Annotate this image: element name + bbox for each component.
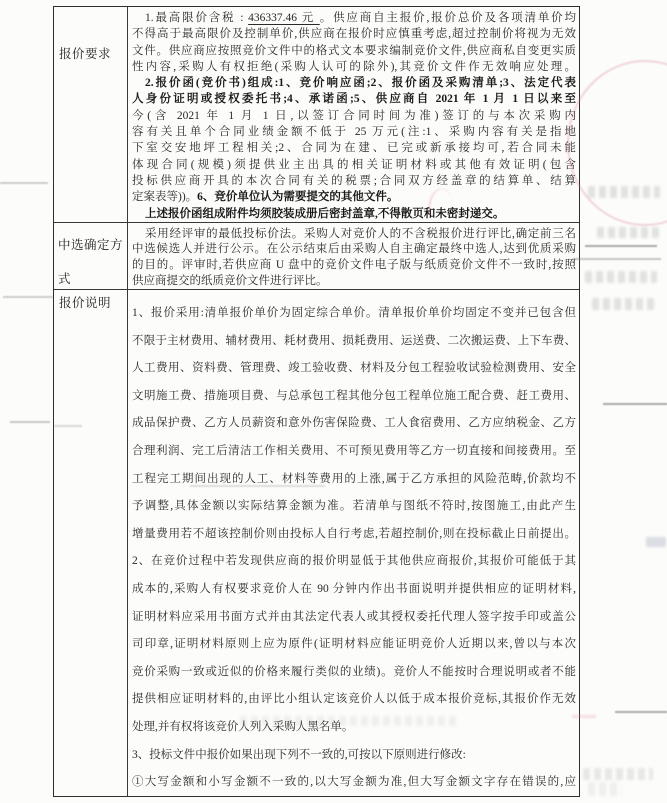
scan-artifact [585, 245, 657, 247]
row-header-quotation-notes: 报价说明 [54, 290, 128, 796]
scan-artifact [588, 782, 622, 796]
text-line: 中选候选人并进行公示。在公示结束后由采购人自主确定最终中选人,达到优质采购 [132, 242, 576, 258]
text-line: 3、投标文件中报价如果出现下列不一致的,可按以下原则进行修改: [132, 742, 576, 770]
text-segment: 提供相应证明材料的,由评比小组认定该竞价人以低于成本报价竞标,其报价作无效 [132, 693, 576, 705]
scan-artifact [0, 182, 48, 184]
red-seal-mark [572, 715, 596, 718]
scan-artifact [10, 421, 50, 423]
text-segment: 1.最高限价含税 : [145, 12, 248, 24]
text-line: 不得高于最高限价及控制单价,供应商在报价时应慎重考虑,超过控制价将视为无效 [132, 26, 576, 42]
text-segment: 成品保护费、乙方人员薪资和意外伤害保险费、工人食宿费用、乙方应纳税金、乙方 [132, 417, 576, 429]
text-segment: 的目的。评审时,若供应商 U 盘中的竞价文件电子版与纸质竞价文件不一致时,按照 [132, 259, 576, 271]
scan-artifact [240, 716, 460, 726]
text-segment: 中选候选人并进行公示。在公示结束后由采购人自主确定最终中选人,达到优质采购 [132, 243, 576, 255]
text-line: 1、报价采用:清单报价单价为固定综合单价。清单报价单价均固定不变并已包含但 [132, 300, 576, 328]
text-segment: 人身份证明或授权委托书;4、承诺函;5、供应商自 2021 年 1 月 1 日以… [132, 93, 576, 105]
text-line: 性内容,采购人有权拒绝(采购人认可的除外),其竞价文件作无效响应处理。 [132, 59, 576, 75]
scan-artifact [603, 403, 667, 405]
text-line: 司印章,证明材料原则上应为原件(证明材料应能证明竞价人近期以来,曾以与本次 [132, 631, 576, 659]
text-line: 人身份证明或授权委托书;4、承诺函;5、供应商自 2021 年 1 月 1 日以… [132, 91, 576, 107]
text-segment: 投标供应商开具的本次合同有关的税票;合同双方经盖章的结算单、结算 [132, 175, 576, 187]
text-segment: 不限于主材费用、辅材费用、耗材费用、损耗费用、运送费、二次搬运费、上下车费、 [132, 335, 576, 347]
text-segment: 1、报价采用:清单报价单价为固定综合单价。清单报价单价均固定不变并已包含但 [132, 307, 576, 319]
cell-selection-method-content: 采用经评审的最低投标价法。采购人对竞价人的不含税报价进行评比,确定前三名中选候选… [128, 223, 579, 290]
text-segment: 供应商提交的纸质竞价文件进行评比。 [132, 275, 328, 287]
text-segment: 证明材料应采用书面方式并由其法定代表人或其授权委托代理人签字按手印或盖公 [132, 611, 576, 623]
scan-artifact [615, 711, 667, 713]
text-segment: 不得高于最高限价及控制单价,供应商在报价时应慎重考虑,超过控制价将视为无效 [132, 28, 576, 40]
text-segment: 增量费用若不超该控制价则由投标人自行考虑,若超控制价,则在投标截止日前提出。 [132, 528, 576, 540]
text-segment: 2、在竞价过程中若发现供应商的报价明显低于其他供应商报价,其报价可能低于其 [132, 555, 576, 567]
text-segment: 2.报价函(竞价书)组成:1、竞价响应函;2、报价函及采购清单;3、法定代表 [145, 77, 576, 89]
row-header-text: 报价要求 [59, 47, 124, 62]
text-segment: 性内容,采购人有权拒绝(采购人认可的除外),其竞价文件作无效响应处理。 [132, 61, 576, 73]
cell-quotation-requirements-content: 1.最高限价含税 : 436337.46 元 。供应商自主报价,报价总价及各项清… [128, 7, 579, 223]
scan-artifact [588, 186, 660, 198]
scan-artifact [592, 298, 654, 310]
text-line: 的目的。评审时,若供应商 U 盘中的竞价文件电子版与纸质竞价文件不一致时,按照 [132, 258, 576, 274]
text-line: 人工费用、资料费、管理费、竣工验收费、材料及分包工程验收试验检测费用、安全 [132, 355, 576, 383]
text-segment: 竞价采购一致或近似的价格来履行类似的业绩)。竞价人不能按时合理说明或者不能 [132, 666, 576, 678]
text-line: 定案表等))。6、竞价单位认为需要提交的其他文件。 [132, 189, 576, 205]
text-line: 容有关且单个合同业绩金额不低于 25 万元(注:1、采购内容有关是指地 [132, 124, 576, 140]
scan-artifact [583, 768, 653, 780]
text-line: 下室交安地坪工程相关;2、合同为在建、已完或新承接均可,若合同未能 [132, 140, 576, 156]
row-header-text: 中选确定方 [58, 228, 124, 262]
text-line: 文明施工费、措施项目费、与总承包工程其他分包工程单位施工配合费、赶工费用、 [132, 383, 576, 411]
text-segment: 下室交安地坪工程相关;2、合同为在建、已完或新承接均可,若合同未能 [132, 142, 576, 154]
text-segment: 体现合同(规模)须提供业主出具的相关证明材料或其他有效证明(包含 [132, 159, 576, 171]
text-segment: 。供应商自主报价,报价总价及各项清单价均 [320, 12, 576, 24]
text-segment: 6、竞价单位认为需要提交的其他文件。 [197, 191, 398, 203]
max-price-amount-underlined: 436337.46 元 [248, 12, 320, 24]
scan-artifact [573, 258, 661, 260]
text-line: 工程完工期间出现的人工、材料等费用的上涨,属于乙方承担的风险范畴,价款均不 [132, 466, 576, 494]
text-segment: 予调整,具体金额以实际结算金额为准。若清单与图纸不符时,按图施工,由此产生 [132, 500, 576, 512]
scan-artifact [597, 227, 659, 238]
text-segment: 文明施工费、措施项目费、与总承包工程其他分包工程单位施工配合费、赶工费用、 [132, 390, 576, 402]
text-segment: 人工费用、资料费、管理费、竣工验收费、材料及分包工程验收试验检测费用、安全 [132, 362, 576, 374]
text-line: 增量费用若不超该控制价则由投标人自行考虑,若超控制价,则在投标截止日前提出。 [132, 521, 576, 549]
text-segment: 成本的,采购人有权要求竞价人在 90 分钟内作出书面说明并提供相应的证明材料, [132, 583, 576, 595]
text-segment: 司印章,证明材料原则上应为原件(证明材料应能证明竞价人近期以来,曾以与本次 [132, 638, 576, 650]
quotation-terms-table: 报价要求 1.最高限价含税 : 436337.46 元 。供应商自主报价,报价总… [53, 6, 580, 797]
scan-artifact [646, 537, 666, 547]
row-header-selection-method: 中选确定方式 [54, 223, 128, 290]
text-line: 成本的,采购人有权要求竞价人在 90 分钟内作出书面说明并提供相应的证明材料, [132, 576, 576, 604]
text-line: 采用经评审的最低投标价法。采购人对竞价人的不含税报价进行评比,确定前三名 [132, 227, 576, 243]
text-segment: 合理利润、完工后清洁工作相关费用、不可预见费用等乙方一切直接和间接费用。至 [132, 445, 576, 457]
text-line: 不限于主材费用、辅材费用、耗材费用、损耗费用、运送费、二次搬运费、上下车费、 [132, 328, 576, 356]
row-header-text: 报价说明 [59, 296, 124, 311]
text-segment: 上述报价函组成附件均须胶装成册后密封盖章,不得散页和未密封递交。 [145, 208, 504, 220]
text-segment: 今(含 2021 年 1 月 1 日,以签订合同时间为准)签订的与本次采购内 [132, 110, 576, 122]
text-segment: 文件。供应商应按照竞价文件中的格式文本要求编制竞价文件,供应商私自变更实质 [132, 45, 576, 57]
text-segment: 采用经评审的最低投标价法。采购人对竞价人的不含税报价进行评比,确定前三名 [145, 228, 576, 240]
text-segment: 3、投标文件中报价如果出现下列不一致的,可按以下原则进行修改: [132, 749, 466, 761]
text-segment: 定案表等))。 [132, 191, 197, 203]
text-line: 体现合同(规模)须提供业主出具的相关证明材料或其他有效证明(包含 [132, 157, 576, 173]
text-line: 竞价采购一致或近似的价格来履行类似的业绩)。竞价人不能按时合理说明或者不能 [132, 659, 576, 687]
text-line: 1.最高限价含税 : 436337.46 元 。供应商自主报价,报价总价及各项清… [132, 10, 576, 26]
scan-artifact [190, 485, 325, 487]
text-line: 提供相应证明材料的,由评比小组认定该竞价人以低于成本报价竞标,其报价作无效 [132, 686, 576, 714]
text-segment: 容有关且单个合同业绩金额不低于 25 万元(注:1、采购内容有关是指地 [132, 126, 576, 138]
row-header-text: 式 [58, 262, 124, 290]
text-segment: 工程完工期间出现的人工、材料等费用的上涨,属于乙方承担的风险范畴,价款均不 [132, 473, 576, 485]
text-line: 投标供应商开具的本次合同有关的税票;合同双方经盖章的结算单、结算 [132, 173, 576, 189]
text-line: 文件。供应商应按照竞价文件中的格式文本要求编制竞价文件,供应商私自变更实质 [132, 43, 576, 59]
scan-artifact [3, 296, 53, 298]
row-header-quotation-requirements: 报价要求 [54, 7, 128, 223]
scanned-document-page: 报价要求 1.最高限价含税 : 436337.46 元 。供应商自主报价,报价总… [0, 0, 667, 803]
text-line: 合理利润、完工后清洁工作相关费用、不可预见费用等乙方一切直接和间接费用。至 [132, 438, 576, 466]
text-line: 成品保护费、乙方人员薪资和意外伤害保险费、工人食宿费用、乙方应纳税金、乙方 [132, 410, 576, 438]
scan-artifact [54, 425, 82, 427]
text-line: 2、在竞价过程中若发现供应商的报价明显低于其他供应商报价,其报价可能低于其 [132, 548, 576, 576]
text-line: ①大写金额和小写金额不一致的,以大写金额为准,但大写金额文字存在错误的,应 [132, 769, 576, 796]
text-line: 2.报价函(竞价书)组成:1、竞价响应函;2、报价函及采购清单;3、法定代表 [132, 75, 576, 91]
text-line: 今(含 2021 年 1 月 1 日,以签订合同时间为准)签订的与本次采购内 [132, 108, 576, 124]
scan-artifact [585, 271, 657, 283]
text-line: 供应商提交的纸质竞价文件进行评比。 [132, 274, 576, 290]
text-segment: ①大写金额和小写金额不一致的,以大写金额为准,但大写金额文字存在错误的,应 [132, 776, 576, 788]
text-line: 证明材料应采用书面方式并由其法定代表人或其授权委托代理人签字按手印或盖公 [132, 604, 576, 632]
red-seal-stamp [567, 60, 667, 226]
text-line: 上述报价函组成附件均须胶装成册后密封盖章,不得散页和未密封递交。 [132, 206, 576, 222]
text-line: 予调整,具体金额以实际结算金额为准。若清单与图纸不符时,按图施工,由此产生 [132, 493, 576, 521]
